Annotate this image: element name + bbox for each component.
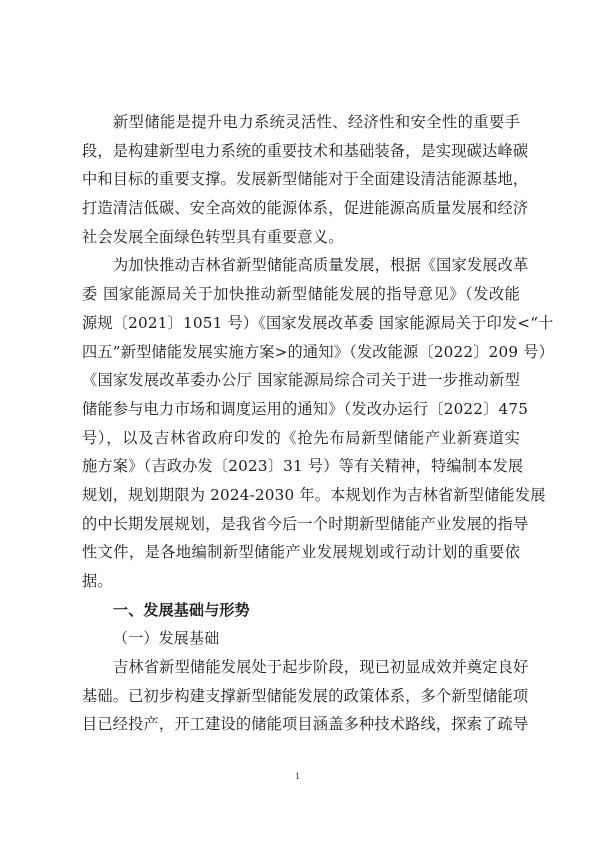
paragraph-development-basis: 吉林省新型储能发展处于起步阶段，现已初显成效并奠定良好 基础。已初步构建支撑新型… [82,653,520,739]
text-line: 新型储能是提升电力系统灵活性、经济性和安全性的重要手 [82,108,520,137]
text-line: 储能参与电力市场和调度运用的通知》（发改办运行〔2022〕475 [82,395,520,424]
text-line: 规划，规划期限为 2024-2030 年。本规划作为吉林省新型储能发展 [82,481,520,510]
subsection-heading: （一）发展基础 [82,624,520,653]
paragraph-basis: 为加快推动吉林省新型储能高质量发展，根据《国家发展改革 委 国家能源局关于加快推… [82,251,520,595]
text-line: 的中长期发展规划，是我省今后一个时期新型储能产业发展的指导 [82,510,520,539]
text-line: 性文件，是各地编制新型储能产业发展规划或行动计划的重要依 [82,538,520,567]
text-line: 段，是构建新型电力系统的重要技术和基础装备，是实现碳达峰碳 [82,137,520,166]
text-line: 社会发展全面绿色转型具有重要意义。 [82,223,520,252]
text-line: 吉林省新型储能发展处于起步阶段，现已初显成效并奠定良好 [82,653,520,682]
paragraph-intro: 新型储能是提升电力系统灵活性、经济性和安全性的重要手 段，是构建新型电力系统的重… [82,108,520,251]
text-line: 打造清洁低碳、安全高效的能源体系，促进能源高质量发展和经济 [82,194,520,223]
page-number: 1 [0,771,595,781]
text-line: 为加快推动吉林省新型储能高质量发展，根据《国家发展改革 [82,251,520,280]
text-line: 委 国家能源局关于加快推动新型储能发展的指导意见》（发改能 [82,280,520,309]
document-body: 新型储能是提升电力系统灵活性、经济性和安全性的重要手 段，是构建新型电力系统的重… [82,108,520,739]
document-page: 新型储能是提升电力系统灵活性、经济性和安全性的重要手 段，是构建新型电力系统的重… [0,0,595,841]
text-line: 四五”新型储能发展实施方案>的通知》（发改能源〔2022〕209 号） [82,338,520,367]
text-line: 施方案》（吉政办发〔2023〕31 号）等有关精神，特编制本发展 [82,452,520,481]
text-line: 基础。已初步构建支撑新型储能发展的政策体系，多个新型储能项 [82,682,520,711]
text-line: 目已经投产，开工建设的储能项目涵盖多种技术路线，探索了疏导 [82,710,520,739]
text-line: 《国家发展改革委办公厅 国家能源局综合司关于进一步推动新型 [82,366,520,395]
text-line: 源规〔2021〕1051 号）《国家发展改革委 国家能源局关于印发<“十 [82,309,520,338]
text-line: 据。 [82,567,520,596]
text-line: 中和目标的重要支撑。发展新型储能对于全面建设清洁能源基地， [82,165,520,194]
text-line: 号），以及吉林省政府印发的《抢先布局新型储能产业新赛道实 [82,424,520,453]
section-heading: 一、发展基础与形势 [82,596,520,625]
